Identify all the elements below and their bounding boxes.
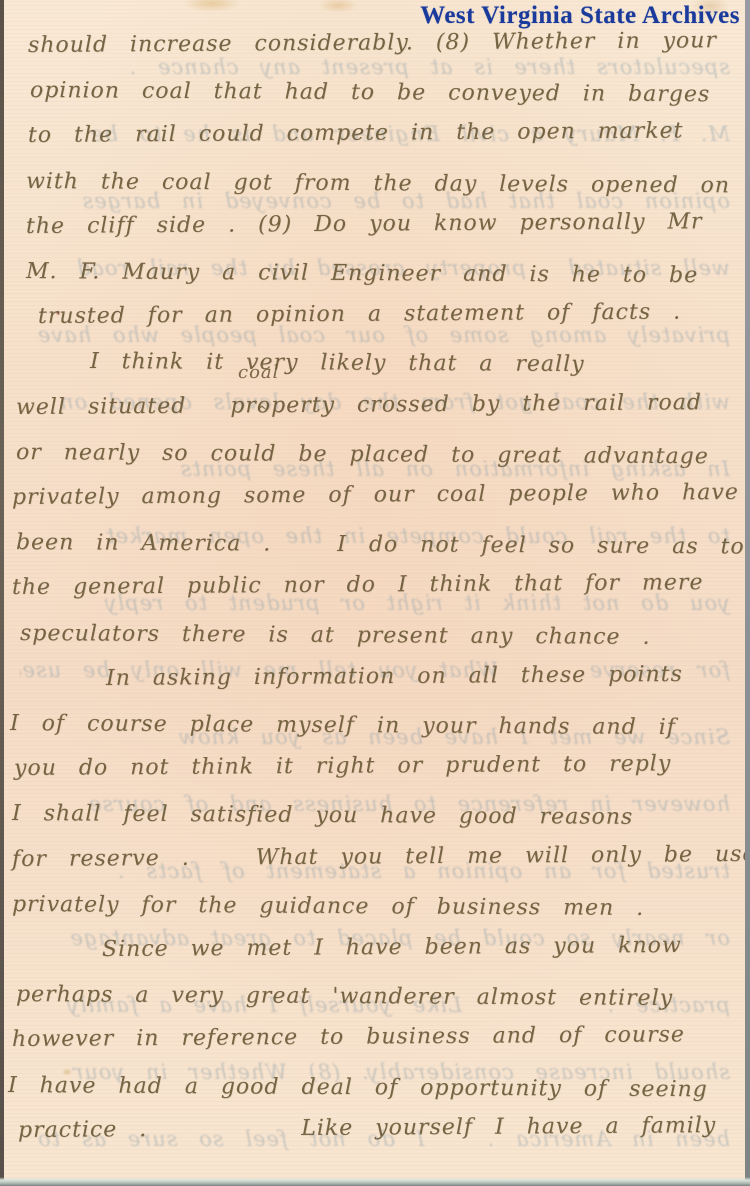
page-edge-bottom (0, 1177, 750, 1186)
page-edge-right (745, 0, 750, 1186)
handwriting-line: privately for the guidance of business m… (12, 892, 644, 921)
handwriting-line: to the rail could compete in the open ma… (28, 119, 684, 149)
handwriting-line: should increase considerably. (8) Whethe… (28, 28, 717, 58)
handwriting-line: opinion coal that had to be conveyed in … (30, 78, 710, 107)
page-edge-left (0, 0, 4, 1186)
handwriting-line: the cliff side . (9) Do you know persona… (26, 209, 703, 239)
handwriting-line: trusted for an opinion a statement of fa… (38, 300, 681, 329)
handwriting-line: well situated property crossed by the ra… (16, 390, 702, 420)
handwriting-line: with the coal got from the day levels op… (26, 169, 730, 198)
handwriting-line: In asking information on all these point… (106, 662, 683, 691)
handwriting-line: I of course place myself in your hands a… (10, 711, 676, 740)
handwriting-line: M. F. Maury a civil Engineer and is he t… (26, 259, 698, 288)
handwriting-line: I have had a good deal of opportunity of… (8, 1073, 708, 1102)
handwriting-line: however in reference to business and of … (12, 1023, 685, 1053)
handwriting-line: practice . Like yourself I have a family (18, 1113, 716, 1143)
handwriting-line: you do not think it right or prudent to … (14, 752, 671, 782)
scanned-letter-page: speculators there is at present any chan… (0, 0, 750, 1186)
handwriting-line: for reserve . What you tell me will only… (12, 841, 750, 871)
handwriting-line: speculators there is at present any chan… (20, 621, 651, 650)
foxing-stain (318, 0, 358, 13)
inserted-word: coal (238, 362, 279, 383)
handwriting-line: Since we met I have been as you know (102, 933, 682, 962)
handwriting-line: been in America . I do not feel so sure … (16, 530, 745, 559)
archive-watermark-text: West Virginia State Archives (420, 2, 740, 30)
handwriting-line: privately among some of our coal people … (12, 480, 739, 510)
foxing-stain (183, 0, 241, 12)
handwriting-line: perhaps a very great 'wanderer almost en… (16, 982, 673, 1011)
caret-icon: ^ (256, 404, 268, 420)
handwriting-line: the general public nor do I think that f… (12, 571, 704, 601)
bleedthrough-line: speculators there is at present any chan… (20, 55, 730, 79)
handwriting-line: I think it very likely that a really (90, 349, 585, 377)
handwriting-line: or nearly so could be placed to great ad… (16, 440, 709, 469)
handwriting-line: I shall feel satisfied you have good rea… (12, 801, 633, 830)
